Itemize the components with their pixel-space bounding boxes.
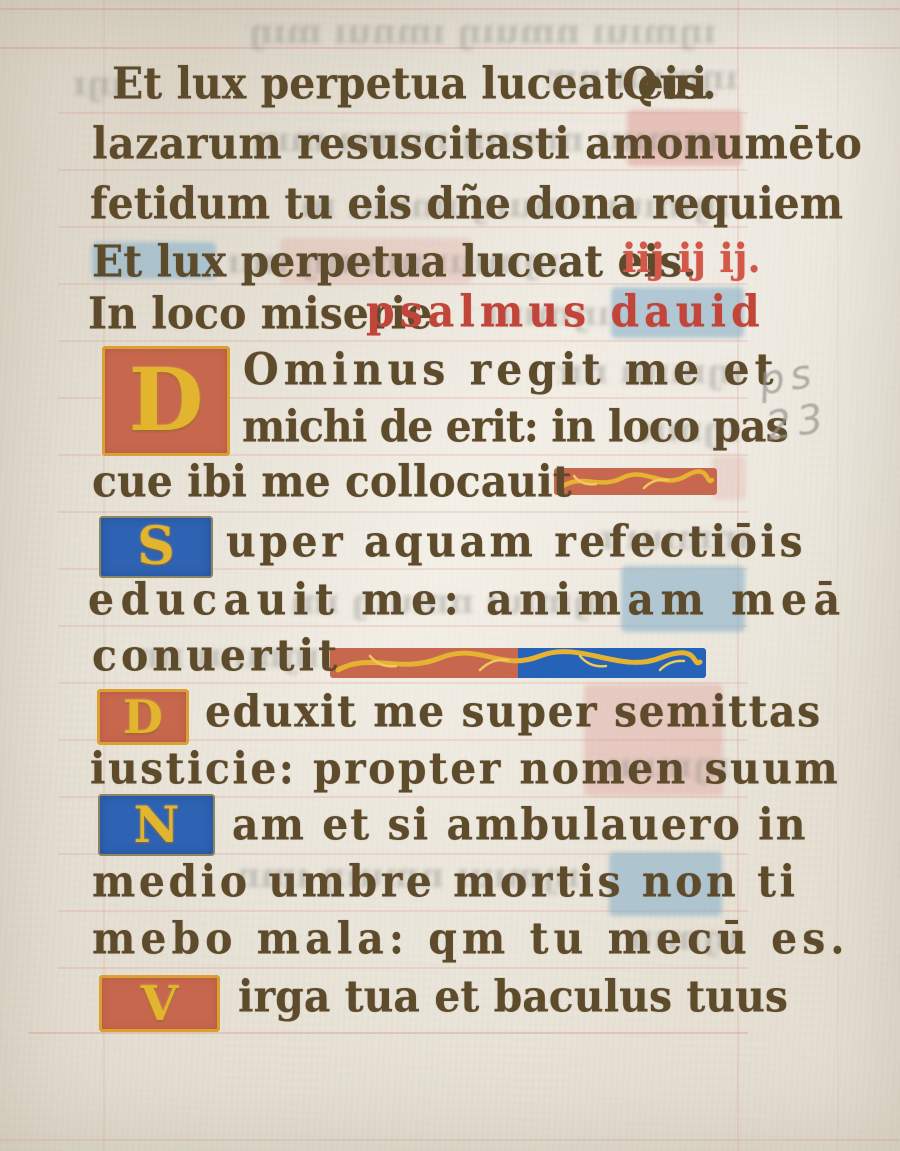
- pink-wash-patch: [712, 456, 746, 500]
- illuminated-initial-deduxit: D: [97, 689, 189, 745]
- ruled-line: [58, 967, 748, 969]
- text-line: eduxit me super semittas: [205, 690, 822, 734]
- rubric-psalmus-david: psalmus dauid: [366, 290, 765, 334]
- text-line-qui: Qui: [622, 62, 709, 106]
- line-filler-red-blue-gold: [330, 648, 706, 678]
- text-line: cue ibi me collocauit: [92, 460, 572, 504]
- gold-letter-D-icon: D: [123, 694, 163, 740]
- gold-letter-V-icon: V: [141, 980, 178, 1028]
- ruled-line: [58, 169, 748, 171]
- text-line: mebo mala: qm tu mecū es.: [92, 917, 850, 961]
- ruled-line: [0, 47, 900, 49]
- ruled-line: [0, 1139, 900, 1141]
- gold-scroll-ornament-icon: [330, 648, 706, 678]
- gold-letter-N-icon: N: [134, 800, 180, 850]
- illuminated-initial-super: S: [99, 516, 213, 578]
- gold-letter-S-icon: S: [137, 521, 175, 573]
- text-line: educauit me: animam meā: [88, 578, 847, 622]
- text-line: conuertit: [92, 634, 341, 678]
- line-filler-red-gold: [554, 468, 717, 495]
- text-line: uper aquam refectiōis: [226, 520, 806, 564]
- gold-scroll-ornament-icon: [554, 468, 717, 495]
- text-line: michi de erit: in loco pas: [242, 405, 788, 449]
- text-line: am et si ambulauero in: [232, 803, 808, 847]
- show-through-writing: ıŋmıuı nmuıŋ ımnuı mıŋuıı ınmuıŋ ıumnı ŋ…: [246, 12, 716, 58]
- text-line: iusticie: propter nomen suum: [90, 747, 840, 791]
- ruled-line: [28, 1032, 748, 1034]
- illuminated-initial-virga: V: [99, 975, 220, 1032]
- verse-repetition-marks: iij ij ij.: [622, 238, 761, 279]
- text-line: fetidum tu eis dñe dona requiem: [90, 182, 843, 226]
- text-line: Et lux perpetua luceat eis.: [92, 240, 697, 284]
- ruled-line: [58, 511, 748, 513]
- text-line: irga tua et baculus tuus: [238, 975, 788, 1019]
- ruled-line: [58, 340, 748, 342]
- manuscript-page: ıŋmıuı nmuıŋ ımnuı mıŋuıı ınmuıŋ ıumnı ŋ…: [0, 0, 900, 1151]
- text-line: medio umbre mortis non ti: [92, 860, 799, 904]
- illuminated-initial-dominus: D: [102, 346, 230, 456]
- text-line: Ominus regit me et: [243, 348, 779, 392]
- ruled-line: [0, 8, 900, 10]
- illuminated-initial-nam: N: [98, 794, 215, 856]
- gold-letter-D-icon: D: [129, 358, 204, 444]
- text-line: lazarum resuscitasti amonumēto: [92, 122, 862, 166]
